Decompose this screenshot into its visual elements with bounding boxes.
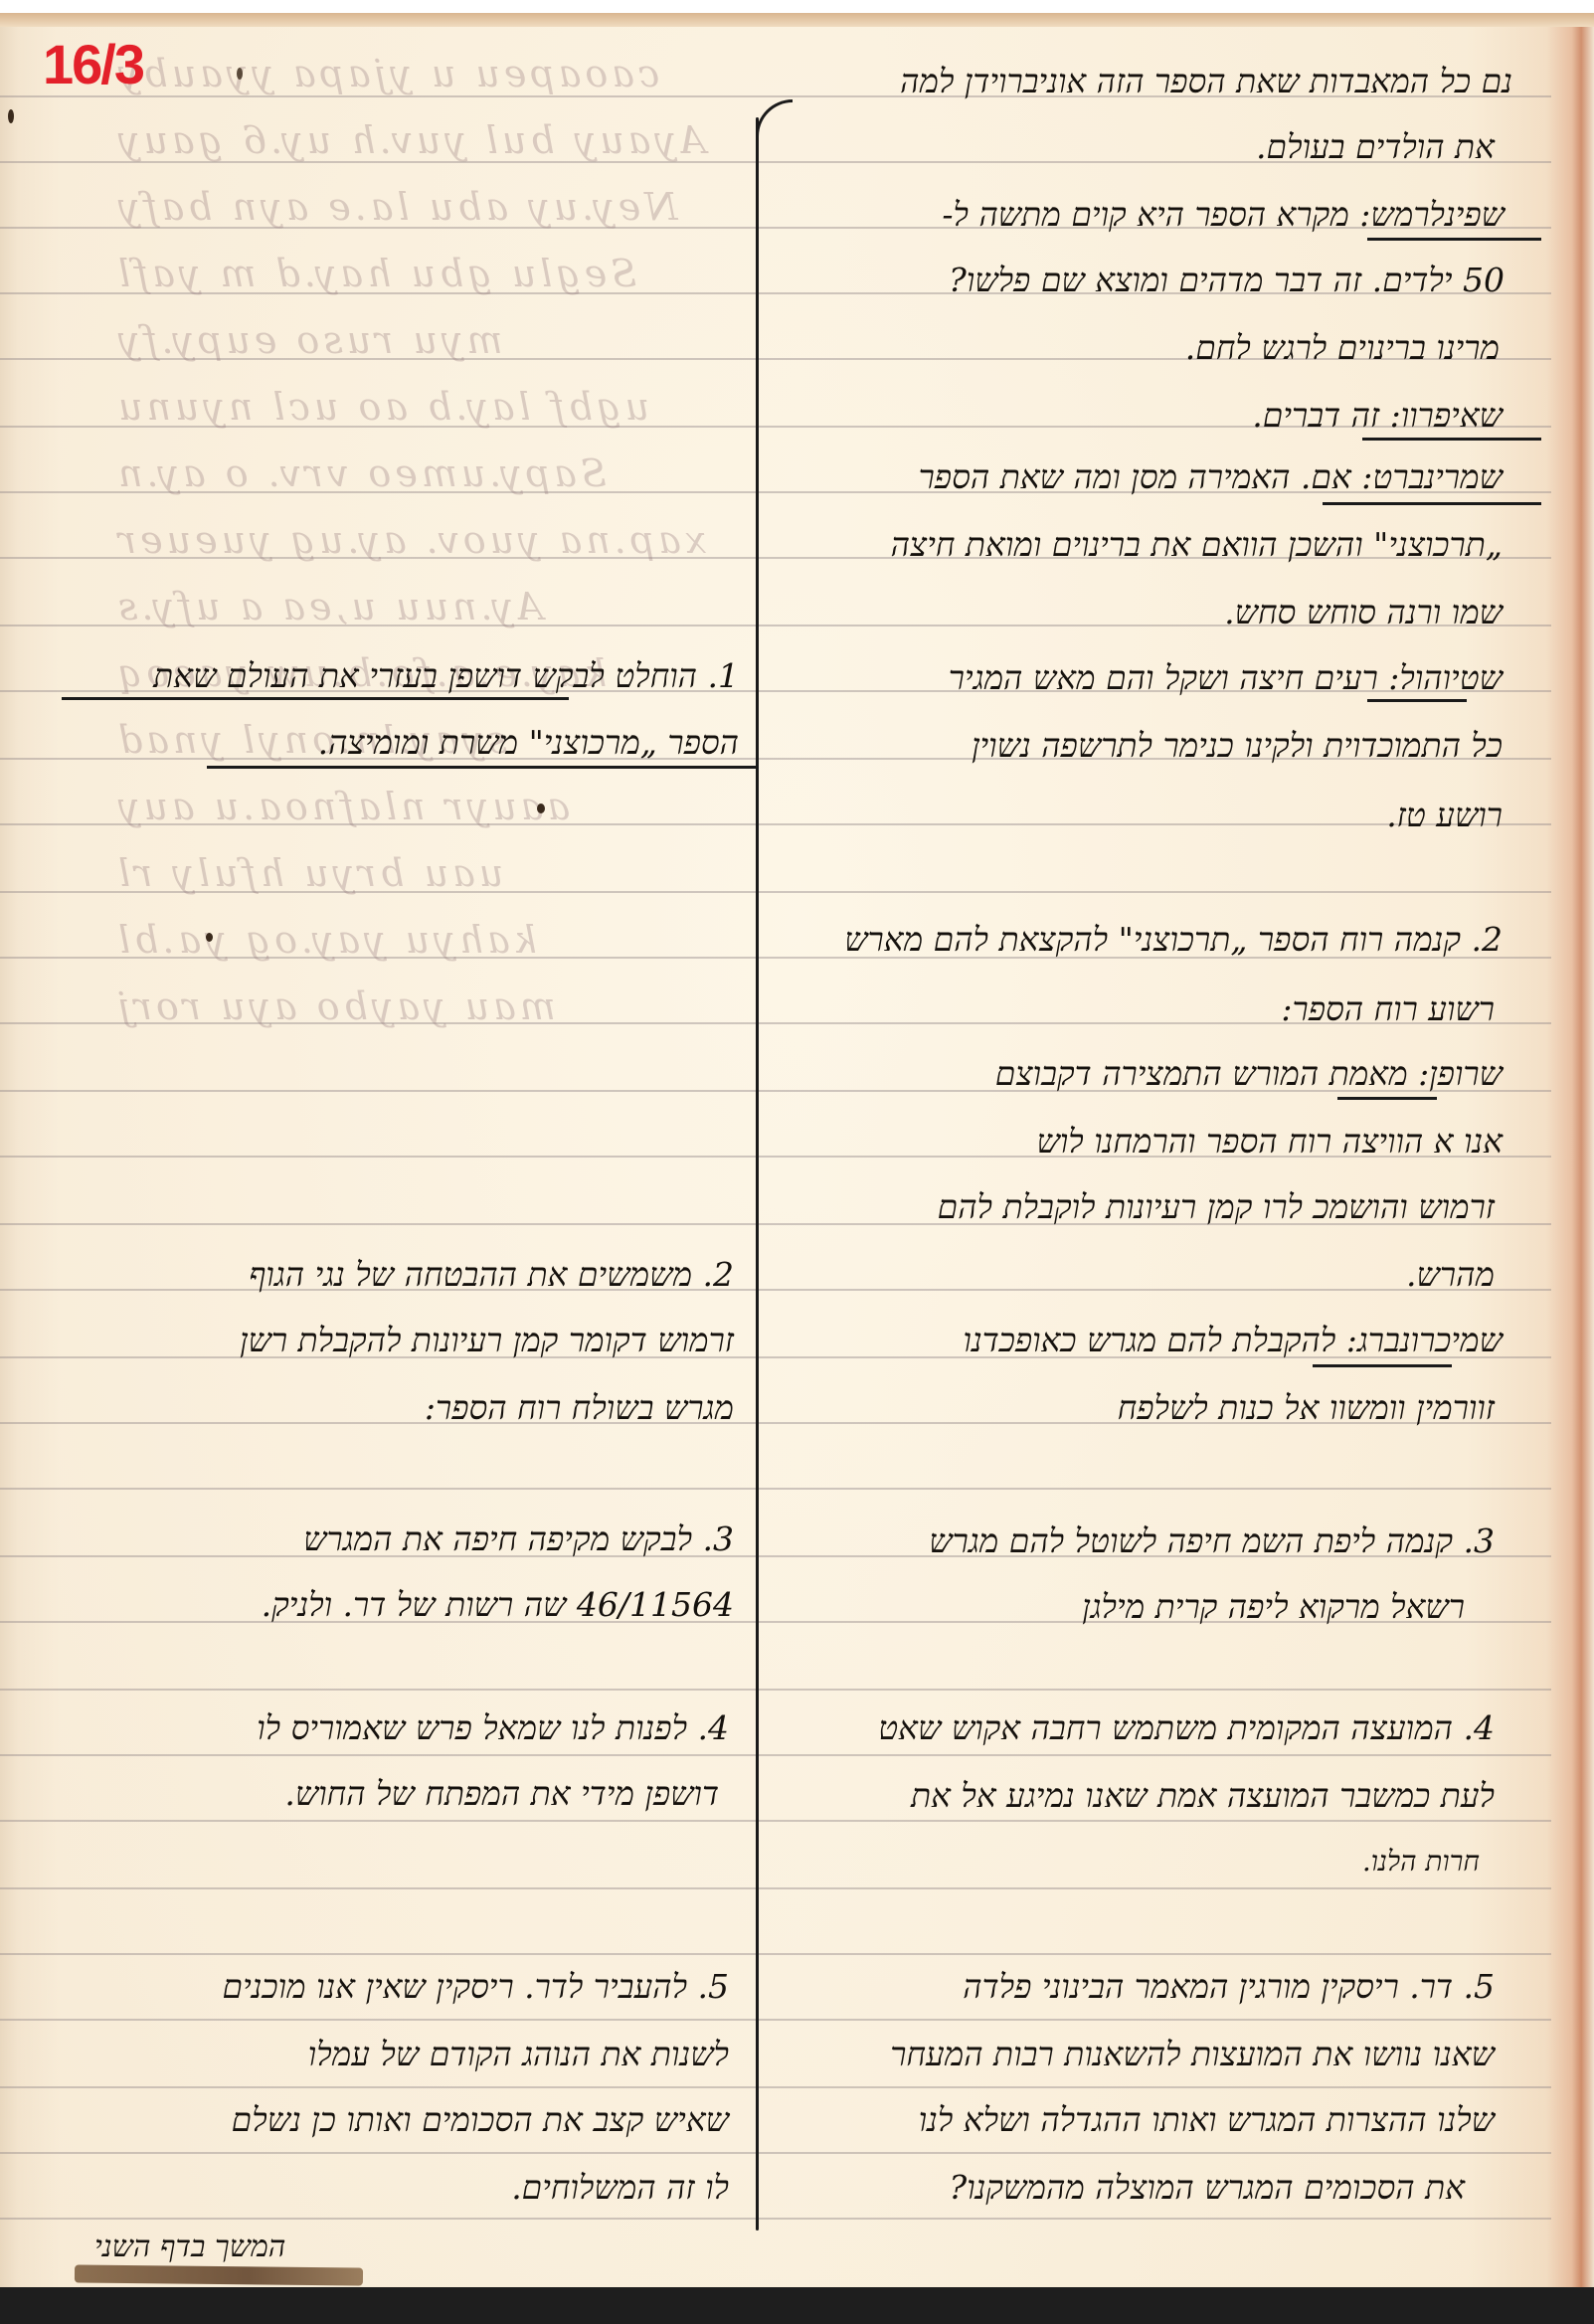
bleed-through-line: Seglu gbu hay.d m yafl — [114, 252, 636, 295]
item-1-heading: 1. הוחלט לבקש דושפן בעזרי את העולם שאת — [153, 656, 739, 696]
ruled-line — [0, 1289, 1551, 1291]
handwritten-line-schiffer: שאיפרוו: זה דברים. — [1252, 396, 1503, 436]
ink-spot — [206, 933, 213, 942]
handwritten-line: את הולדים בעולם. — [1256, 127, 1495, 167]
item-5-heading: 5. דר. ריסקין מורגין המאמר הבינוני פלדה — [963, 1967, 1495, 2007]
scan-bottom-edge — [0, 2287, 1594, 2324]
handwritten-line-shrinberg: שמרינברט: אם. האמירה מסן ומה שאת הספר — [919, 457, 1503, 497]
bleed-through-line: Sapy.umeo vrv. o ay.n — [114, 451, 607, 495]
handwritten-line: את הסכומים המגרש המוצלה מהמשקנו? — [950, 2168, 1466, 2208]
handwritten-line: שמיכרונברג: להקבלת להם מגרש כאופכדנו — [964, 1321, 1503, 1360]
bleed-through-line: kahyu yay.og ya.bl — [114, 918, 537, 962]
underline — [1337, 1097, 1437, 1100]
continuation-note: המשך בדף השני — [94, 2228, 285, 2267]
handwritten-line: מרינו ברינוים לרגש לחם. — [1185, 328, 1500, 368]
ruled-line — [0, 1953, 1551, 1955]
ruled-line — [0, 1488, 1551, 1490]
handwritten-line: לו זה המשלוחים. — [511, 2168, 729, 2208]
bleed-through-line: aauyr nlafnoa.u auy — [114, 785, 570, 828]
item-2-heading: 2. משמשים את ההבטחה של נגי הגוף — [249, 1255, 734, 1295]
ruled-line — [0, 2218, 1551, 2220]
bleed-through-line: Ney.uy abu la.e ayn bafy — [114, 185, 677, 229]
handwritten-line: מגרש בשולח רוח הספר: — [425, 1388, 734, 1428]
item-3-heading: 3. קנמה ליפת השמ חיפה לשוטל להם מגרש — [929, 1521, 1495, 1561]
underline — [1367, 238, 1541, 241]
handwritten-line: לעת כמשבר המועצה אמת שאנו נמיגע אל את — [911, 1776, 1495, 1816]
handwritten-line-shtiwold: שטיוהול: רעים חיצה ושקל והם מאש המגיר — [949, 658, 1503, 698]
bleed-through-line: mau yaybo ayu rorj — [114, 984, 556, 1028]
handwritten-line: „תרכוצני" והשכן הוואם את ברינוים ומואת ח… — [891, 525, 1503, 565]
underline — [62, 697, 569, 700]
bleed-through-line: uau bryu hfuly rl — [114, 851, 503, 895]
item-3-heading: 3. לבקש מקיפה חיפה את המגרש — [303, 1520, 734, 1559]
bleed-through-line: ugbf lay.b ao ucl nyunu — [114, 385, 649, 429]
ink-spot — [237, 68, 243, 80]
handwritten-line: שרופן: מאמת המורש התמצירה דקבוצם — [995, 1054, 1503, 1094]
bleed-through-line: myu ruso eupy.fy — [114, 318, 502, 362]
handwritten-line: רשאל מרקוא ליפה קרית מילגן — [1082, 1587, 1465, 1627]
bleed-through-line: caoapeu u yjapa yyauby — [114, 52, 659, 95]
handwritten-line: זרמוש והושמכ לרו קמן רעיונות לוקבלת להם — [938, 1187, 1495, 1227]
handwritten-line: מהרש. — [1406, 1255, 1495, 1295]
handwritten-line-shpinzrag: שפינלרמש: מקרא הספר היא קוים מתשה ל- — [942, 195, 1505, 235]
handwritten-line: 50 ילדים. זה דבר מדהים ומוצא שם פלשו? — [949, 261, 1505, 300]
underline — [1323, 502, 1541, 505]
handwritten-line: נם כל המאבדות שאת הספר הזה אוניברוידן למ… — [900, 62, 1512, 101]
ruled-line — [0, 2086, 1551, 2088]
bleed-through-line: Ay.nuu u,ea a ufy.s — [114, 585, 543, 628]
underline — [207, 766, 759, 769]
underline — [1367, 699, 1467, 702]
bleed-through-line: Ayauy bul yuv.h uy.6 gauy — [114, 118, 706, 162]
column-divider — [756, 117, 759, 2231]
item-2-heading: 2. קנמה רוח הספר „תרכוצני" להקצאת להם מא… — [844, 920, 1503, 960]
item-4-heading: 4. המועצה המקומית משתמש רחבה אקוש שאט — [878, 1708, 1495, 1748]
page-top-edge — [0, 13, 1594, 27]
handwritten-line: כל התמוכדוית ולקינו כנימר לתרשפה נשוין — [972, 726, 1503, 766]
ruled-line — [0, 1689, 1551, 1691]
ruled-line — [0, 2152, 1551, 2154]
handwritten-line-lot-number: 46/11564 שה רשות של דר. ולניק. — [262, 1585, 734, 1625]
item-4-heading: 4. לפנות לנו שמאל פרש שאמוריס לו — [257, 1708, 729, 1748]
ruled-line — [0, 2019, 1551, 2021]
ink-spot — [8, 109, 14, 123]
ruled-line — [0, 1820, 1551, 1822]
handwritten-line: דושפן מידי את המפתח של החוש. — [284, 1774, 719, 1814]
handwritten-line: שמו ורנה סוחש סחש. — [1224, 593, 1503, 632]
ink-smudge — [75, 2264, 363, 2285]
underline — [1313, 1364, 1452, 1367]
underline — [1362, 438, 1541, 441]
handwritten-line: הספר „מרכוצני" משרת ומומיצה. — [318, 723, 739, 763]
handwritten-line: רושע טז. — [1386, 796, 1503, 835]
handwritten-line: שאנו נוושו את המועצות להשאנות רבות המעחר — [890, 2035, 1495, 2074]
handwritten-line: זרמוש דקומר קמן רעיונות להקבלת רשן — [240, 1321, 734, 1360]
bleed-through-line: xap.na yuov. ay.ug yueuer — [114, 518, 706, 562]
handwritten-line: שאיש קצב את הסכומים ואותו כן נשלם — [232, 2100, 729, 2140]
handwritten-line: זוורמין וומשוו אל כנות לשלפח — [1118, 1388, 1495, 1428]
handwritten-line: חרות הלנו. — [1362, 1842, 1480, 1881]
handwritten-line: שלנו ההצרות המגרש ואותו ההגדלה ושלא לנו — [919, 2100, 1495, 2140]
ruled-line — [0, 1754, 1551, 1756]
handwritten-line: אנו א הוויצה רוח הספר והרמחנו לוש — [1036, 1122, 1503, 1162]
handwritten-line: לשנות את הנוהג הקודם של עמלו — [308, 2035, 729, 2074]
ruled-line — [0, 1887, 1551, 1889]
handwritten-line: רשוע רוח הספר: — [1281, 989, 1495, 1029]
item-5-heading: 5. להעביר לדר. ריסקין שאין אנו מוכנים — [223, 1967, 730, 2007]
ink-spot — [537, 804, 545, 813]
page-number-label: 16/3 — [43, 32, 143, 96]
